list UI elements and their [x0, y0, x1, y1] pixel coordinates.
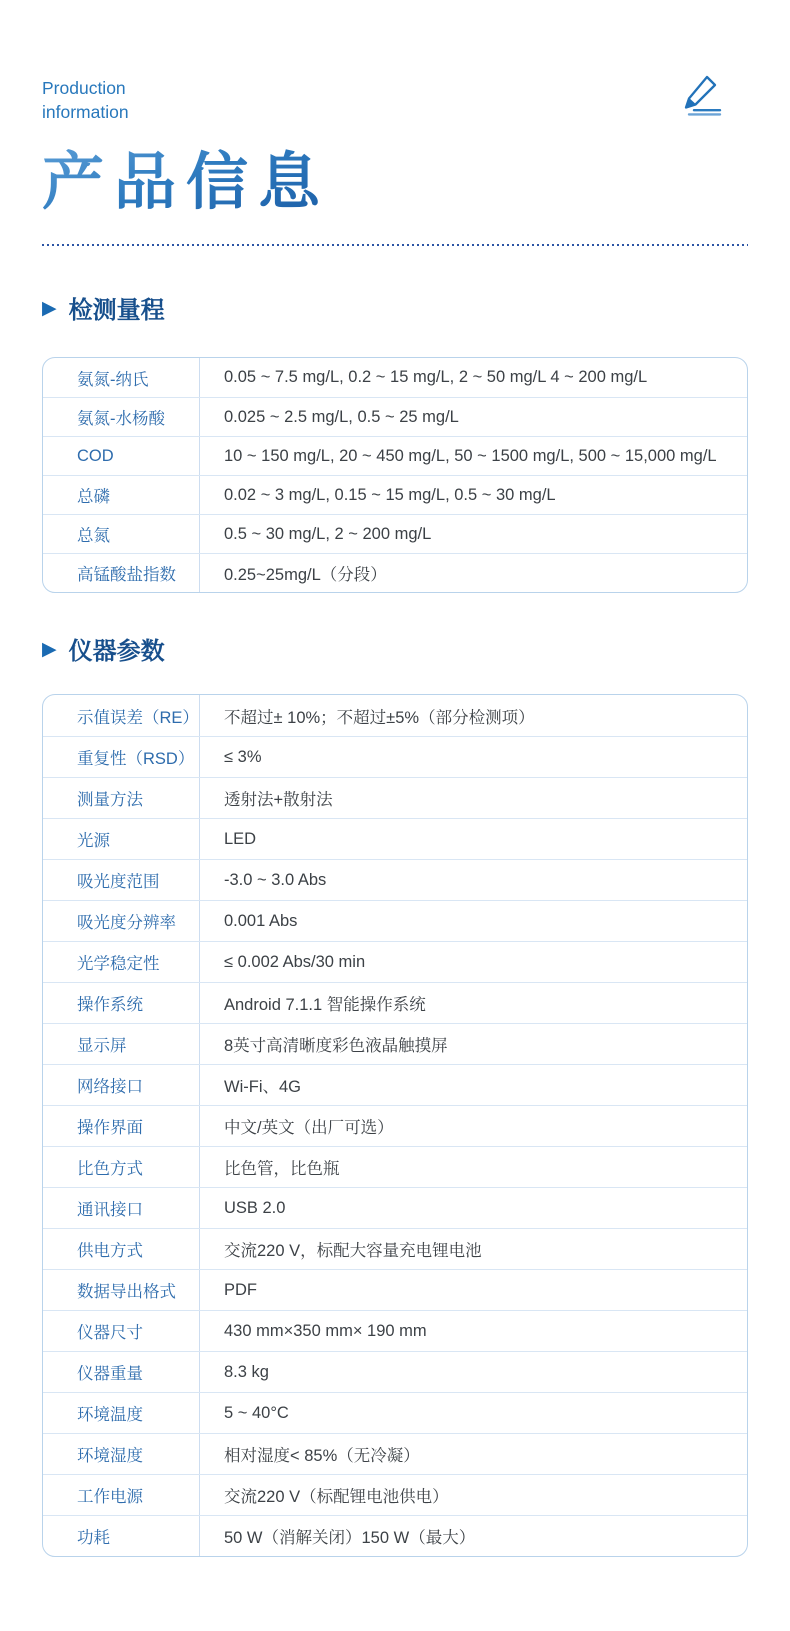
table-row: 供电方式 交流220 V，标配大容量充电锂电池 [43, 1228, 747, 1269]
row-value: Android 7.1.1 智能操作系统 [200, 983, 747, 1023]
row-label: 氨氮-水杨酸 [43, 398, 200, 436]
row-value: 比色管，比色瓶 [200, 1147, 747, 1187]
row-label: 操作系统 [43, 983, 200, 1023]
page-title: 产品信息 [42, 146, 330, 218]
row-label: 示值误差（RE） [43, 695, 200, 736]
triangle-marker-icon: ▶ [42, 299, 57, 318]
table-row: 仪器重量 8.3 kg [43, 1351, 747, 1392]
row-value: 交流220 V（标配锂电池供电） [200, 1475, 747, 1515]
row-value: 10 ~ 150 mg/L, 20 ~ 450 mg/L, 50 ~ 1500 … [200, 437, 747, 475]
row-value: USB 2.0 [200, 1188, 747, 1228]
row-value: 0.02 ~ 3 mg/L, 0.15 ~ 15 mg/L, 0.5 ~ 30 … [200, 476, 747, 514]
product-info-page: Production information 产品信息 ▶ 检测量程 氨氮-纳氏… [0, 0, 790, 1557]
table-row: 高锰酸盐指数 0.25~25mg/L（分段） [43, 553, 747, 592]
row-value: 0.05 ~ 7.5 mg/L, 0.2 ~ 15 mg/L, 2 ~ 50 m… [200, 358, 747, 397]
page-header: Production information 产品信息 [42, 0, 748, 246]
row-label: 光源 [43, 819, 200, 859]
row-value: 430 mm×350 mm× 190 mm [200, 1311, 747, 1351]
row-value: 50 W（消解关闭）150 W（最大） [200, 1516, 747, 1556]
table-row: 功耗 50 W（消解关闭）150 W（最大） [43, 1515, 747, 1556]
table-row: 通讯接口 USB 2.0 [43, 1187, 747, 1228]
detection-range-table: 氨氮-纳氏 0.05 ~ 7.5 mg/L, 0.2 ~ 15 mg/L, 2 … [42, 357, 748, 593]
table-row: 氨氮-纳氏 0.05 ~ 7.5 mg/L, 0.2 ~ 15 mg/L, 2 … [43, 358, 747, 397]
row-label: COD [43, 437, 200, 475]
row-label: 仪器重量 [43, 1352, 200, 1392]
row-label: 显示屏 [43, 1024, 200, 1064]
row-label: 重复性（RSD） [43, 737, 200, 777]
row-label: 功耗 [43, 1516, 200, 1556]
row-label: 吸光度分辨率 [43, 901, 200, 941]
table-row: 环境湿度 相对湿度< 85%（无冷凝） [43, 1433, 747, 1474]
table-row: 比色方式 比色管，比色瓶 [43, 1146, 747, 1187]
row-value: 0.5 ~ 30 mg/L, 2 ~ 200 mg/L [200, 515, 747, 553]
row-value: -3.0 ~ 3.0 Abs [200, 860, 747, 900]
table-row: 吸光度范围 -3.0 ~ 3.0 Abs [43, 859, 747, 900]
row-value: LED [200, 819, 747, 859]
row-value: 透射法+散射法 [200, 778, 747, 818]
table-row: 总磷 0.02 ~ 3 mg/L, 0.15 ~ 15 mg/L, 0.5 ~ … [43, 475, 747, 514]
row-label: 工作电源 [43, 1475, 200, 1515]
row-value: 8英寸高清晰度彩色液晶触摸屏 [200, 1024, 747, 1064]
row-value: PDF [200, 1270, 747, 1310]
row-label: 总磷 [43, 476, 200, 514]
table-row: 光学稳定性 ≤ 0.002 Abs/30 min [43, 941, 747, 982]
table-row: 重复性（RSD） ≤ 3% [43, 736, 747, 777]
table-row: 示值误差（RE） 不超过± 10%；不超过±5%（部分检测项） [43, 695, 747, 736]
row-value: 0.25~25mg/L（分段） [200, 554, 747, 592]
table-row: 环境温度 5 ~ 40°C [43, 1392, 747, 1433]
table-row: 吸光度分辨率 0.001 Abs [43, 900, 747, 941]
row-label: 比色方式 [43, 1147, 200, 1187]
table-row: 仪器尺寸 430 mm×350 mm× 190 mm [43, 1310, 747, 1351]
row-value: 5 ~ 40°C [200, 1393, 747, 1433]
row-value: 不超过± 10%；不超过±5%（部分检测项） [200, 695, 747, 736]
table-row: 操作系统 Android 7.1.1 智能操作系统 [43, 982, 747, 1023]
row-label: 氨氮-纳氏 [43, 358, 200, 397]
triangle-marker-icon: ▶ [42, 640, 57, 659]
row-value: 8.3 kg [200, 1352, 747, 1392]
row-label: 光学稳定性 [43, 942, 200, 982]
row-value: 0.001 Abs [200, 901, 747, 941]
row-value: ≤ 0.002 Abs/30 min [200, 942, 747, 982]
section-title-text: 仪器参数 [69, 631, 165, 666]
row-label: 高锰酸盐指数 [43, 554, 200, 592]
row-label: 测量方法 [43, 778, 200, 818]
table-row: 显示屏 8英寸高清晰度彩色液晶触摸屏 [43, 1023, 747, 1064]
table-row: 氨氮-水杨酸 0.025 ~ 2.5 mg/L, 0.5 ~ 25 mg/L [43, 397, 747, 436]
section-title-text: 检测量程 [69, 290, 165, 325]
row-value: ≤ 3% [200, 737, 747, 777]
table-row: 光源 LED [43, 818, 747, 859]
row-value: 0.025 ~ 2.5 mg/L, 0.5 ~ 25 mg/L [200, 398, 747, 436]
row-label: 环境湿度 [43, 1434, 200, 1474]
row-label: 网络接口 [43, 1065, 200, 1105]
row-label: 供电方式 [43, 1229, 200, 1269]
table-row: 测量方法 透射法+散射法 [43, 777, 747, 818]
row-label: 总氮 [43, 515, 200, 553]
row-label: 通讯接口 [43, 1188, 200, 1228]
eyebrow-text: Production information [42, 76, 182, 124]
row-label: 数据导出格式 [43, 1270, 200, 1310]
table-row: 网络接口 Wi-Fi、4G [43, 1064, 747, 1105]
row-value: Wi-Fi、4G [200, 1065, 747, 1105]
pencil-icon [676, 72, 724, 118]
row-value: 相对湿度< 85%（无冷凝） [200, 1434, 747, 1474]
row-label: 仪器尺寸 [43, 1311, 200, 1351]
row-value: 中文/英文（出厂可选） [200, 1106, 747, 1146]
section-title-detection-range: ▶ 检测量程 [42, 290, 748, 325]
instrument-params-table: 示值误差（RE） 不超过± 10%；不超过±5%（部分检测项） 重复性（RSD）… [42, 694, 748, 1557]
table-row: 总氮 0.5 ~ 30 mg/L, 2 ~ 200 mg/L [43, 514, 747, 553]
table-row: 操作界面 中文/英文（出厂可选） [43, 1105, 747, 1146]
row-label: 操作界面 [43, 1106, 200, 1146]
table-row: 数据导出格式 PDF [43, 1269, 747, 1310]
dotted-divider [42, 244, 748, 246]
row-value: 交流220 V，标配大容量充电锂电池 [200, 1229, 747, 1269]
row-label: 环境温度 [43, 1393, 200, 1433]
row-label: 吸光度范围 [43, 860, 200, 900]
table-row: COD 10 ~ 150 mg/L, 20 ~ 450 mg/L, 50 ~ 1… [43, 436, 747, 475]
table-row: 工作电源 交流220 V（标配锂电池供电） [43, 1474, 747, 1515]
section-title-instrument-params: ▶ 仪器参数 [42, 631, 748, 666]
